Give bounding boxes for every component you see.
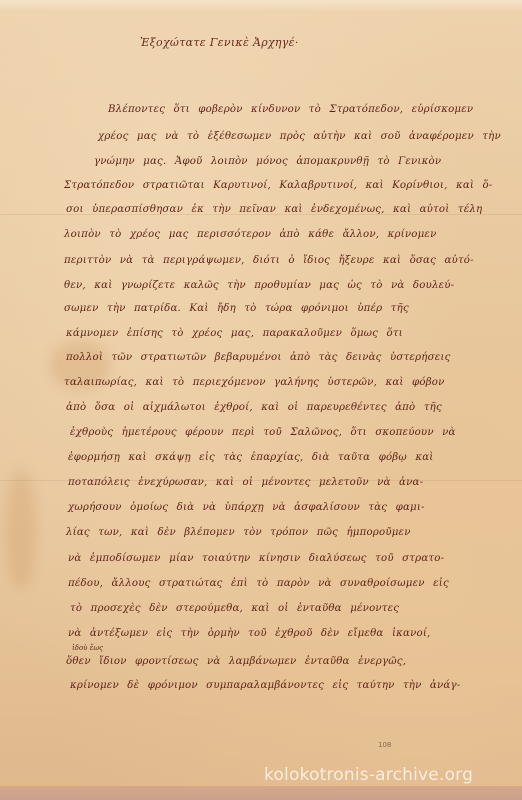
manuscript-line-12: ταλαιπωρίας, καὶ τὸ περιεχόμενον γαλήνης…	[64, 377, 445, 388]
folio-number: 108	[378, 741, 391, 749]
manuscript-line-19: νὰ ἐμποδίσωμεν μίαν τοιαύτην κίνησιν δια…	[68, 553, 444, 564]
manuscript-line-9: σωμεν τὴν πατρίδα. Καὶ ἤδη τὸ τώρα φρόνι…	[64, 303, 409, 314]
manuscript-line-21: τὸ προσεχὲς δὲν στερούμεθα, καὶ οἱ ἐνταῦ…	[70, 603, 399, 614]
manuscript-line-23: ὅθεν ἴδιον φροντίσεως νὰ λαμβάνωμεν ἐντα…	[66, 656, 406, 667]
manuscript-line-5: σοι ὑπερασπίσθησαν ἐκ τὴν πεῖναν καὶ ἐνδ…	[66, 204, 482, 215]
manuscript-page: Ἐξοχώτατε Γενικὲ Ἀρχηγέ· Βλέποντες ὅτι φ…	[0, 0, 522, 800]
manuscript-line-3: γνώμην μας. Ἀφοῦ λοιπὸν μόνος ἀπομακρυνθ…	[94, 156, 441, 167]
manuscript-line-11: πολλοὶ τῶν στρατιωτῶν βεβαρυμένοι ἀπὸ τὰ…	[66, 352, 451, 363]
manuscript-line-17: χωρήσουν ὁμοίως διὰ νὰ ὑπάρχῃ νὰ ἀσφαλίσ…	[68, 502, 425, 513]
archive-watermark: kolokotronis-archive.org	[264, 765, 473, 785]
manuscript-line-18: λίας των, καὶ δὲν βλέπομεν τὸν τρόπον πῶ…	[66, 527, 411, 538]
manuscript-line-4: Στρατόπεδον στρατιῶται Καρυτινοί, Καλαβρ…	[64, 180, 493, 191]
manuscript-line-20: πέδου, ἄλλους στρατιώτας ἐπὶ τὸ παρὸν νὰ…	[68, 578, 449, 589]
manuscript-line-24: κρίνομεν δὲ φρόνιμον συμπαραλαμβάνοντες …	[70, 680, 460, 691]
paper-bottom-edge	[0, 786, 522, 800]
manuscript-line-2: χρέος μας νὰ τὸ ἐξέθεσωμεν πρὸς αὐτὴν κα…	[98, 131, 501, 142]
manuscript-line-13: ἀπὸ ὅσα οἱ αἰχμάλωτοι ἐχθροί, καὶ οἱ παρ…	[66, 402, 442, 413]
manuscript-line-14: ἐχθροὺς ἡμετέρους φέρουν περὶ τοῦ Σαλῶνο…	[70, 427, 456, 438]
paper-stain	[6, 470, 36, 590]
manuscript-line-10: κάμνομεν ἐπίσης τὸ χρέος μας, παρακαλοῦμ…	[66, 328, 403, 339]
manuscript-line-22: νὰ ἀντέξωμεν εἰς τὴν ὁρμὴν τοῦ ἐχθροῦ δὲ…	[68, 628, 430, 639]
manuscript-line-1: Βλέποντες ὅτι φοβερὸν κίνδυνον τὸ Στρατό…	[108, 104, 473, 115]
manuscript-line-6: λοιπὸν τὸ χρέος μας περισσότερον ἀπὸ κάθ…	[64, 229, 436, 240]
manuscript-line-8: θεν, καὶ γνωρίζετε καλῶς τὴν προθυμίαν μ…	[64, 280, 454, 291]
manuscript-line-7: περιττὸν νὰ τὰ περιγράψωμεν, διότι ὁ ἴδι…	[64, 255, 474, 266]
letter-salutation: Ἐξοχώτατε Γενικὲ Ἀρχηγέ·	[140, 36, 299, 49]
interlinear-insertion: ἰδοὺ ἕως	[72, 644, 103, 652]
manuscript-line-16: ποταπόλεις ἐνεχύρωσαν, καὶ οἱ μένοντες μ…	[68, 477, 423, 488]
manuscript-line-15: ἐφορμήσῃ καὶ σκάψῃ εἰς τὰς ἐπαρχίας, διὰ…	[68, 452, 433, 463]
paper-top-edge	[0, 0, 522, 12]
